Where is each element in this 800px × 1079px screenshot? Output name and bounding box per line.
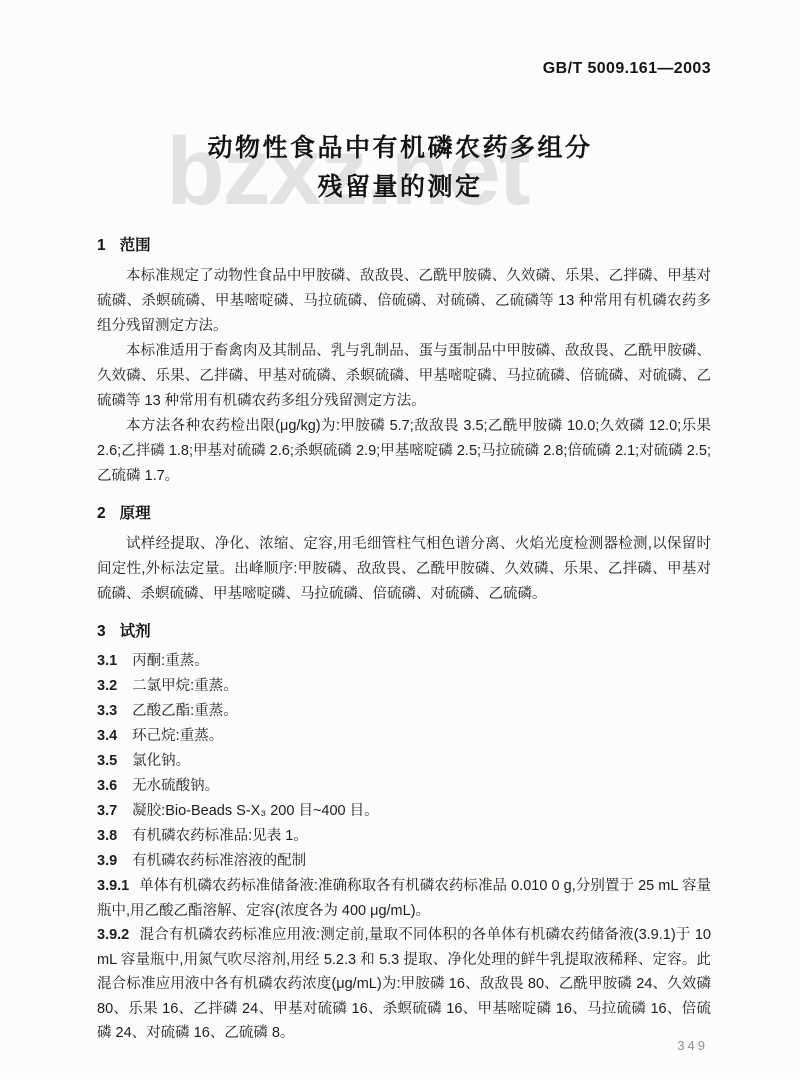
principle-paragraph: 试样经提取、净化、浓缩、定容,用毛细管柱气相色谱分离、火焰光度检测器检测,以保留… bbox=[97, 532, 711, 607]
clause-item-3-7: 3.7凝胶:Bio-Beads S-X₃ 200 目~400 目。 bbox=[97, 799, 711, 824]
clause-text: 混合有机磷农药标准应用液:测定前,量取不同体积的各单体有机磷农药储备液(3.9.… bbox=[97, 927, 711, 1041]
scope-paragraph-1: 本标准规定了动物性食品中甲胺磷、敌敌畏、乙酰甲胺磷、久效磷、乐果、乙拌磷、甲基对… bbox=[97, 264, 711, 339]
clause-item-3-9: 3.9有机磷农药标准溶液的配制 bbox=[97, 849, 711, 874]
clause-number: 3.5 bbox=[97, 753, 117, 769]
document-body: 1范围 本标准规定了动物性食品中甲胺磷、敌敌畏、乙酰甲胺磷、久效磷、乐果、乙拌磷… bbox=[97, 237, 711, 1046]
clause-item-3-3: 3.3乙酸乙酯:重蒸。 bbox=[97, 699, 711, 724]
clause-number: 3.9.1 bbox=[97, 878, 129, 894]
clause-number: 3.7 bbox=[97, 803, 117, 819]
section-heading-scope: 1范围 bbox=[97, 237, 711, 255]
clause-text: 无水硫酸钠。 bbox=[132, 778, 219, 794]
clause-item-3-9-2: 3.9.2混合有机磷农药标准应用液:测定前,量取不同体积的各单体有机磷农药储备液… bbox=[97, 923, 711, 1046]
document-title: 动物性食品中有机磷农药多组分 残留量的测定 bbox=[0, 129, 800, 207]
clause-item-3-8: 3.8有机磷农药标准品:见表 1。 bbox=[97, 824, 711, 849]
document-page: bzxz.net GB/T 5009.161—2003 动物性食品中有机磷农药多… bbox=[0, 0, 800, 1079]
clause-number: 3.9.2 bbox=[97, 927, 129, 943]
section-title: 原理 bbox=[120, 505, 151, 522]
clause-text: 单体有机磷农药标准储备液:准确称取各有机磷农药标准品 0.010 0 g,分别置… bbox=[97, 878, 711, 919]
clause-number: 3.8 bbox=[97, 828, 117, 844]
clause-number: 3.9 bbox=[97, 853, 117, 869]
clause-text: 有机磷农药标准品:见表 1。 bbox=[132, 828, 308, 844]
section-number: 2 bbox=[97, 505, 106, 522]
scope-paragraph-3: 本方法各种农药检出限(μg/kg)为:甲胺磷 5.7;敌敌畏 3.5;乙酰甲胺磷… bbox=[97, 414, 711, 489]
clause-item-3-5: 3.5氯化钠。 bbox=[97, 749, 711, 774]
clause-number: 3.2 bbox=[97, 678, 117, 694]
clause-text: 氯化钠。 bbox=[132, 753, 190, 769]
clause-item-3-6: 3.6无水硫酸钠。 bbox=[97, 774, 711, 799]
clause-text: 凝胶:Bio-Beads S-X₃ 200 目~400 目。 bbox=[132, 803, 378, 819]
section-number: 3 bbox=[97, 623, 106, 640]
clause-item-3-9-1: 3.9.1单体有机磷农药标准储备液:准确称取各有机磷农药标准品 0.010 0 … bbox=[97, 874, 711, 923]
clause-number: 3.3 bbox=[97, 703, 117, 719]
section-number: 1 bbox=[97, 237, 106, 254]
clause-number: 3.4 bbox=[97, 728, 117, 744]
clause-number: 3.6 bbox=[97, 778, 117, 794]
page-number: 349 bbox=[677, 1038, 708, 1053]
section-title: 试剂 bbox=[120, 623, 151, 640]
document-title-line1: 动物性食品中有机磷农药多组分 bbox=[0, 129, 800, 168]
clause-number: 3.1 bbox=[97, 653, 117, 669]
document-title-line2: 残留量的测定 bbox=[0, 168, 800, 207]
section-heading-reagents: 3试剂 bbox=[97, 623, 711, 641]
clause-text: 二氯甲烷:重蒸。 bbox=[132, 678, 238, 694]
clause-text: 乙酸乙酯:重蒸。 bbox=[132, 703, 238, 719]
clause-item-3-1: 3.1丙酮:重蒸。 bbox=[97, 649, 711, 674]
clause-item-3-4: 3.4环己烷:重蒸。 bbox=[97, 724, 711, 749]
clause-text: 丙酮:重蒸。 bbox=[132, 653, 209, 669]
scope-paragraph-2: 本标准适用于畜禽肉及其制品、乳与乳制品、蛋与蛋制品中甲胺磷、敌敌畏、乙酰甲胺磷、… bbox=[97, 339, 711, 414]
reagent-list: 3.1丙酮:重蒸。 3.2二氯甲烷:重蒸。 3.3乙酸乙酯:重蒸。 3.4环己烷… bbox=[97, 649, 711, 874]
standard-number: GB/T 5009.161—2003 bbox=[543, 60, 711, 78]
section-heading-principle: 2原理 bbox=[97, 505, 711, 523]
clause-text: 有机磷农药标准溶液的配制 bbox=[132, 853, 306, 869]
section-title: 范围 bbox=[120, 237, 151, 254]
clause-text: 环己烷:重蒸。 bbox=[132, 728, 223, 744]
clause-item-3-2: 3.2二氯甲烷:重蒸。 bbox=[97, 674, 711, 699]
